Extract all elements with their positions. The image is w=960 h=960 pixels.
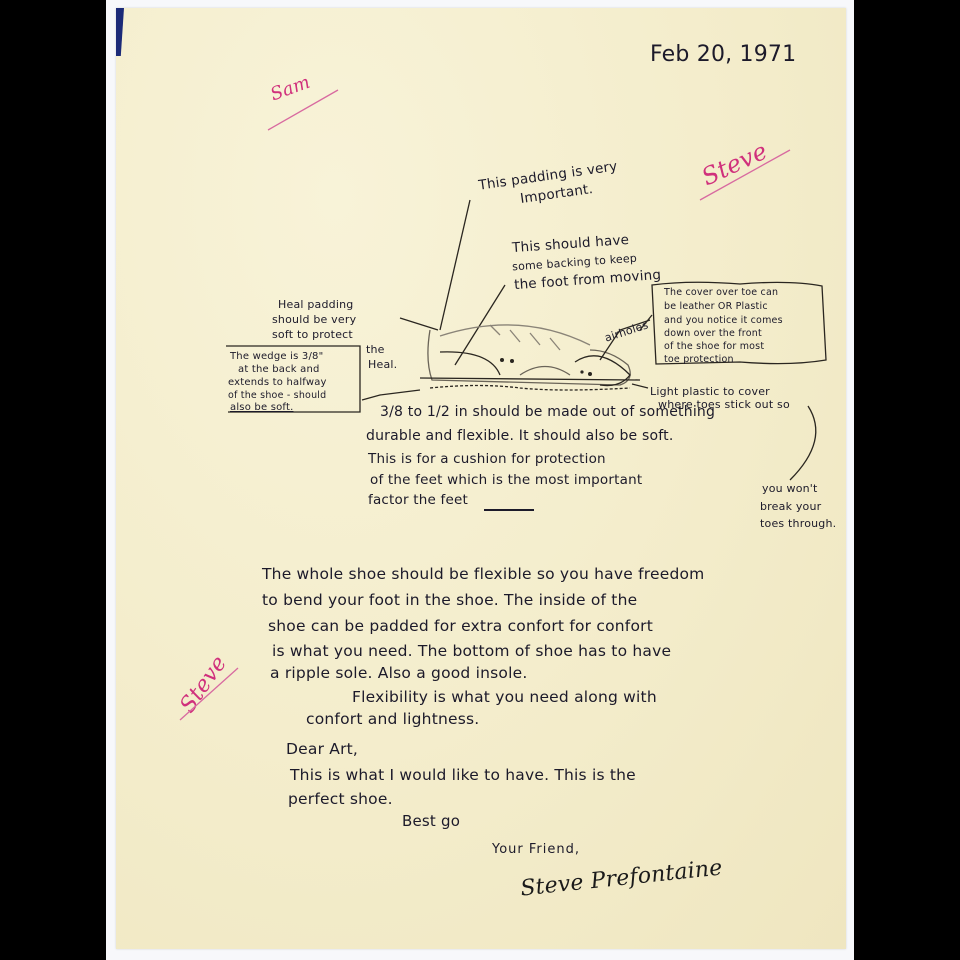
annotation-wedge-3: extends to halfway xyxy=(228,377,327,388)
flexibility-line-1: Flexibility is what you need along with xyxy=(352,686,657,708)
salutation: Dear Art, xyxy=(286,738,358,760)
annotation-toe-cover-6: toe protection xyxy=(664,354,734,365)
annotation-heel-padding-5: Heal. xyxy=(368,358,397,371)
annotation-light-plastic-1: Light plastic to cover xyxy=(650,385,770,398)
best-go: Best go xyxy=(402,810,460,832)
annotation-toe-cover-2: be leather OR Plastic xyxy=(664,301,768,312)
sole-note-line-4: of the feet which is the most important xyxy=(370,472,642,488)
annotation-toe-cover-3: and you notice it comes xyxy=(664,315,783,326)
letter-line-1: This is what I would like to have. This … xyxy=(290,764,636,786)
body-line-1: The whole shoe should be flexible so you… xyxy=(262,563,704,585)
sole-note-line-1: 3/8 to 1/2 in should be made out of some… xyxy=(380,404,715,420)
annotation-toes-through-1: you won't xyxy=(762,482,818,495)
body-line-2: to bend your foot in the shoe. The insid… xyxy=(262,589,637,611)
sole-note-line-3: This is for a cushion for protection xyxy=(368,451,606,467)
annotation-heel-padding-3: soft to protect xyxy=(272,328,353,341)
annotation-toes-through-3: toes through. xyxy=(760,517,836,530)
annotation-wedge-5: also be soft. xyxy=(230,402,293,413)
sole-note-line-2: durable and flexible. It should also be … xyxy=(366,428,673,444)
annotation-wedge-4: of the shoe - should xyxy=(228,390,326,401)
annotation-toe-cover-1: The cover over toe can xyxy=(664,287,778,298)
letter-line-2: perfect shoe. xyxy=(288,788,393,810)
annotation-toe-cover-5: of the shoe for most xyxy=(664,341,764,352)
closing: Your Friend, xyxy=(492,842,580,857)
flexibility-line-2: confort and lightness. xyxy=(306,708,479,730)
body-line-3: shoe can be padded for extra confort for… xyxy=(268,615,653,637)
feet-underline xyxy=(484,509,534,511)
annotation-heel-padding-4: the xyxy=(366,343,385,356)
annotation-wedge-1: The wedge is 3/8" xyxy=(230,351,323,362)
body-line-4: is what you need. The bottom of shoe has… xyxy=(272,640,671,662)
annotation-heel-padding-1: Heal padding xyxy=(278,298,353,311)
body-line-5: a ripple sole. Also a good insole. xyxy=(270,662,527,684)
annotation-toes-through-2: break your xyxy=(760,500,821,513)
sole-note-line-5-text: factor the feet xyxy=(368,492,468,508)
annotation-wedge-2: at the back and xyxy=(238,364,320,375)
annotation-heel-padding-2: should be very xyxy=(272,313,356,326)
sole-note-line-5: factor the feet xyxy=(368,492,468,508)
annotation-toe-cover-4: down over the front xyxy=(664,328,762,339)
